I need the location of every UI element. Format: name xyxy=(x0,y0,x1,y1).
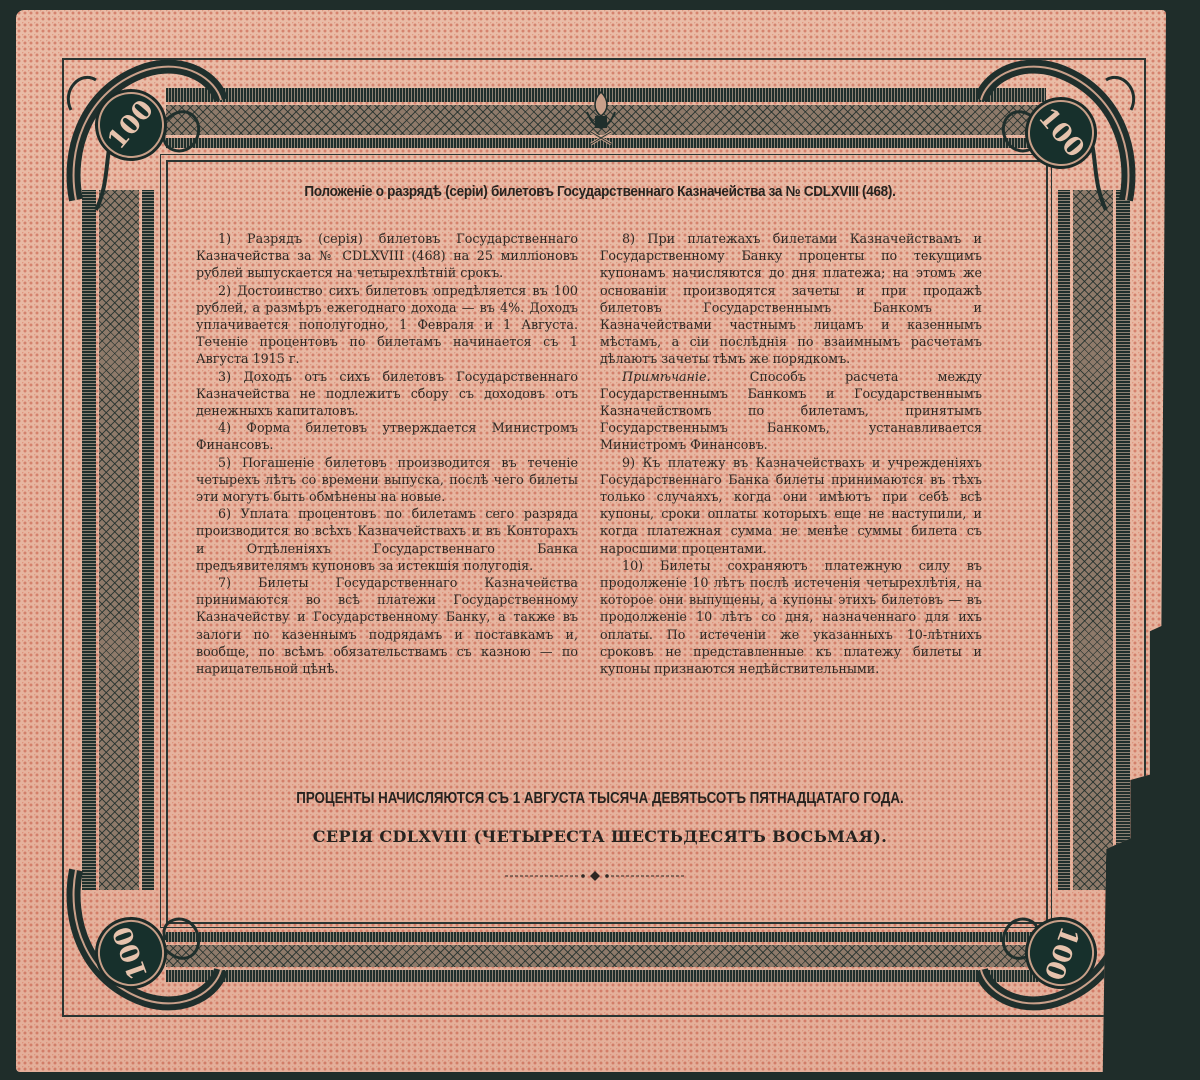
right-border-band xyxy=(1058,190,1070,890)
left-border-band xyxy=(82,190,96,890)
regulation-clause: 6) Уплата процентовъ по билетамъ сего ра… xyxy=(196,505,578,574)
clause-text: Билеты сохраняютъ платежную силу въ прод… xyxy=(600,558,982,676)
decorative-divider xyxy=(505,870,685,882)
regulation-clause: 9) Къ платежу въ Казначействахъ и учрежд… xyxy=(600,454,982,557)
clause-number: 3) xyxy=(218,369,231,384)
regulation-clause: Примѣчанiе. Способъ расчета между Госуда… xyxy=(600,368,982,454)
regulation-clause: 1) Разрядъ (серiя) билетовъ Государствен… xyxy=(196,230,578,282)
clause-number: 4) xyxy=(218,420,231,435)
left-border-band-inner xyxy=(142,190,154,890)
bottom-border-band-outer xyxy=(166,970,1046,982)
clause-number: 1) xyxy=(218,231,231,246)
clause-text: При платежахъ билетами Казначействамъ и … xyxy=(600,231,982,366)
bottom-border-lattice xyxy=(166,945,1046,967)
bottom-border-band xyxy=(166,932,1046,942)
clause-text: Уплата процентовъ по билетамъ сего разря… xyxy=(196,506,578,573)
document-title: Положенiе о разрядѣ (серiи) билетовъ Гос… xyxy=(228,184,972,200)
fleur-ornament-top xyxy=(581,88,621,148)
interest-accrual-statement: ПРОЦЕНТЫ НАЧИСЛЯЮТСЯ СЪ 1 АВГУСТА ТЫСЯЧА… xyxy=(256,790,944,808)
clause-number: 8) xyxy=(622,231,635,246)
regulation-clause: 7) Билеты Государственнаго Казначейства … xyxy=(196,574,578,677)
clause-text: Доходъ отъ сихъ билетовъ Государственнаг… xyxy=(196,369,578,418)
clause-number: 5) xyxy=(218,455,231,470)
right-border-band-outer xyxy=(1116,190,1130,890)
clause-text: Къ платежу въ Казначействахъ и учрежденi… xyxy=(600,455,982,556)
clause-number: 10) xyxy=(622,558,643,573)
regulation-clause: 4) Форма билетовъ утверждается Министром… xyxy=(196,419,578,453)
left-border-lattice xyxy=(99,190,139,890)
regulation-clause: 8) При платежахъ билетами Казначействамъ… xyxy=(600,230,982,368)
series-statement: СЕРIЯ CDLXVIII (ЧЕТЫРЕСТА ШЕСТЬДЕСЯТЪ ВО… xyxy=(200,827,1000,846)
regulation-clause: 2) Достоинство сихъ билетовъ опредѣляетс… xyxy=(196,282,578,368)
regulation-clause: 3) Доходъ отъ сихъ билетовъ Государствен… xyxy=(196,368,578,420)
clause-number: 2) xyxy=(218,283,231,298)
regulations-left-column: 1) Разрядъ (серiя) билетовъ Государствен… xyxy=(196,230,578,677)
clause-text: Погашенiе билетовъ производится въ течен… xyxy=(196,455,578,504)
clause-number: Примѣчанiе. xyxy=(622,369,710,384)
clause-text: Форма билетовъ утверждается Министромъ Ф… xyxy=(196,420,578,452)
clause-text: Достоинство сихъ билетовъ опредѣляется в… xyxy=(196,283,578,367)
right-border-lattice xyxy=(1073,190,1113,890)
regulation-clause: 5) Погашенiе билетовъ производится въ те… xyxy=(196,454,578,506)
clause-number: 9) xyxy=(622,455,635,470)
clause-text: Разрядъ (серiя) билетовъ Государственнаг… xyxy=(196,231,578,280)
clause-number: 7) xyxy=(218,575,231,590)
clause-text: Билеты Государственнаго Казначейства при… xyxy=(196,575,578,676)
banknote-paper: 100 100 100 100 xyxy=(16,10,1166,1072)
clause-number: 6) xyxy=(218,506,231,521)
regulation-clause: 10) Билеты сохраняютъ платежную силу въ … xyxy=(600,557,982,677)
regulations-right-column: 8) При платежахъ билетами Казначействамъ… xyxy=(600,230,982,677)
